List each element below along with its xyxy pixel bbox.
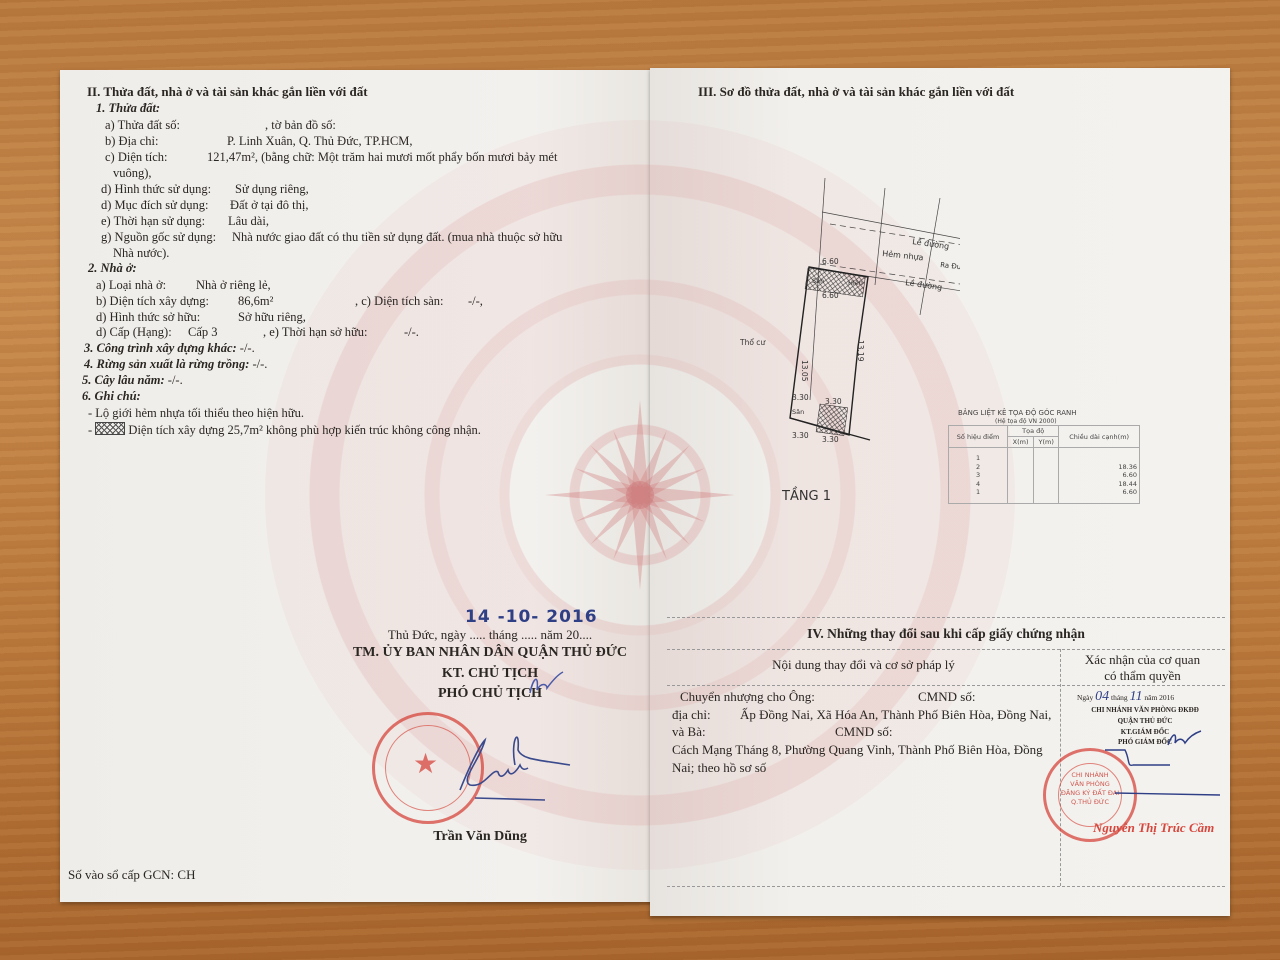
label-yard-front: Sân [812,277,824,285]
edge-length: 6.60 [1061,471,1137,480]
dim-label: 6.60 [822,291,839,300]
forest-heading: 4. Rừng sản xuất là rừng trồng: [84,357,249,371]
label-neighbor: Thổ cư [740,338,766,347]
and-mrs: và Bà: [672,724,706,741]
place-date-line: Thủ Đức, ngày ..... tháng ..... năm 20..… [320,627,660,644]
perennial: 5. Cây lâu năm: -/-. [82,372,183,389]
label-to-road: Ra Đường số 11 [940,261,960,275]
grade-value: Cấp 3 [188,324,218,341]
dim-label: 13.05 [800,360,809,382]
grade-label: d) Cấp (Hạng): [96,324,172,341]
house-type-value: Nhà ở riêng lẻ, [196,277,271,294]
dim-label: 3.30 [825,397,842,406]
day-label: Ngày [1077,693,1093,702]
y-cell [1034,448,1059,504]
edges-cell: 18.36 6.60 18.44 6.60 [1059,448,1140,504]
land-row-label: d) Hình thức sử dụng: [101,181,211,198]
label-hien: Hiên [848,279,863,287]
dossier-line: Nai; theo hồ sơ số [672,760,766,777]
transfer-to-mr: Chuyển nhượng cho Ông: [680,689,815,706]
initial-signature-icon [525,668,565,698]
label-curb-top: Lề đường [912,236,950,251]
point-id: 1 [951,454,1005,463]
ownership-term-label: , e) Thời hạn sở hữu: [263,324,367,341]
dim-label: 3.30 [792,431,809,440]
house-heading: 2. Nhà ở: [88,260,137,277]
coordinate-table: Số hiệu điểm Tọa độ Chiều dài cạnh(m) X(… [948,425,1140,504]
signer-name: Trần Văn Dũng [380,829,580,846]
address-label: địa chỉ: [672,707,711,724]
section-iv-title: IV. Những thay đổi sau khi cấp giấy chứn… [667,626,1225,643]
forest-value: -/-. [253,357,268,371]
point-id: 4 [951,480,1005,489]
ownership-term-value: -/-. [404,324,419,341]
perennial-heading: 5. Cây lâu năm: [82,373,165,387]
note-dash: - [88,423,95,437]
land-row-value: Đất ở tại đô thị, [230,197,308,214]
month-label: tháng [1111,693,1128,702]
land-row-value: Nhà nước giao đất có thu tiền sử dụng đấ… [232,229,562,246]
col-x: X(m) [1008,437,1034,448]
dim-label: 3.30 [792,393,809,402]
land-row-label: d) Mục đích sử dụng: [101,197,208,214]
chairman-signature-icon [430,710,580,810]
director-name-stamp: Nguyễn Thị Trúc Cầm [1093,820,1214,837]
point-id: 3 [951,471,1005,480]
floor-area-value: -/-, [468,293,483,310]
land-row-value: Sử dụng riêng, [235,181,309,198]
col-header-confirm-2: có thẩm quyền [1060,668,1225,685]
confirm-date: Ngày 04 tháng 11 năm 2016 [1077,689,1174,707]
col-point: Số hiệu điểm [949,426,1008,448]
confirm-org-1: CHI NHÁNH VĂN PHÒNG ĐKĐĐ [1060,705,1230,716]
confirm-org-2: QUẬN THỦ ĐỨC [1060,716,1230,727]
edge-length: 6.60 [1061,488,1137,497]
day-value: 04 [1095,689,1109,704]
note-item: - Diện tích xây dựng 25,7m² không phù hợ… [88,422,481,439]
col-y: Y(m) [1034,437,1059,448]
land-row-value: Lâu dài, [228,213,269,230]
year-label: năm 2016 [1144,693,1174,702]
divider [667,649,1225,650]
col-header-confirm-1: Xác nhận của cơ quan [1060,652,1225,669]
land-row-value: 121,47m², (bằng chữ: Một trăm hai mươi m… [207,149,557,166]
x-cell [1008,448,1034,504]
col-header-content: Nội dung thay đổi và cơ sở pháp lý [667,657,1060,674]
edge-length: 18.36 [1061,463,1137,472]
dim-label: 3.30 [822,435,839,444]
house-type-label: a) Loại nhà ở: [96,277,166,294]
label-yard-back: Sân [792,408,804,416]
col-edge: Chiều dài cạnh(m) [1059,426,1140,448]
label-alley: Hẻm nhựa [882,248,924,263]
floor-label: TẦNG 1 [781,487,831,500]
director-signature-icon [1095,745,1225,805]
notes-heading: 6. Ghi chú: [82,388,141,405]
edge-length: 18.44 [1061,480,1137,489]
issuing-org: TM. ỦY BAN NHÂN DÂN QUẬN THỦ ĐỨC [320,645,660,662]
perennial-value: -/-. [168,373,183,387]
land-row-continuation: vuông), [113,165,152,182]
section-ii-title: II. Thửa đất, nhà ở và tài sản khác gắn … [87,84,368,101]
label-curb-bottom: Lề đường [905,277,943,292]
dim-label: 6.60 [822,257,839,266]
build-area-label: b) Diện tích xây dựng: [96,293,209,310]
land-row-value: , tờ bản đồ số: [265,117,336,134]
month-value: 11 [1130,689,1143,704]
other-works: 3. Công trình xây dựng khác: -/-. [84,340,255,357]
register-number: Số vào sổ cấp GCN: CH [68,867,195,884]
point-id: 1 [951,488,1005,497]
hatch-legend-icon [95,422,125,435]
land-row-label: c) Diện tích: [105,149,167,166]
id-label-1: CMND số: [918,689,975,706]
build-area-value: 86,6m² [238,293,273,310]
table-row: 1 2 3 4 1 18.36 6.60 18.44 6.60 [949,448,1140,504]
points-cell: 1 2 3 4 1 [949,448,1008,504]
issue-date-stamp: 14 -10- 2016 [465,607,598,627]
land-plot-diagram: Lề đường Hẻm nhựa Ra Đường số 11 Lề đườn… [740,160,960,500]
land-row-label: e) Thời hạn sử dụng: [101,213,205,230]
floor-area-label: , c) Diện tích sàn: [355,293,444,310]
signer-role-1: KT. CHỦ TỊCH [320,666,660,683]
id-label-2: CMND số: [835,724,892,741]
point-id: 2 [951,463,1005,472]
signer-role-2: PHÓ CHỦ TỊCH [320,686,660,703]
note-item: - Lộ giới hẻm nhựa tối thiểu theo hiện h… [88,405,304,422]
land-row-label: b) Địa chỉ: [105,133,158,150]
land-row-label: a) Thửa đất số: [105,117,180,134]
other-works-value: -/-. [240,341,255,355]
land-row-value: P. Linh Xuân, Q. Thủ Đức, TP.HCM, [227,133,413,150]
section-iii-title: III. Sơ đồ thửa đất, nhà ở và tài sản kh… [698,84,1014,101]
address-value: Ấp Đồng Nai, Xã Hóa An, Thành Phố Biên H… [740,707,1051,724]
address-line-2: Cách Mạng Tháng 8, Phường Quang Vinh, Th… [672,742,1043,759]
land-row-label: g) Nguồn gốc sử dụng: [101,229,216,246]
note-item-text: Diện tích xây dựng 25,7m² không phù hợp … [128,423,481,437]
divider [667,685,1225,686]
land-heading: 1. Thửa đất: [96,100,160,117]
other-works-heading: 3. Công trình xây dựng khác: [84,341,237,355]
dim-label: 13.19 [856,340,865,362]
col-coords: Tọa độ [1008,426,1059,437]
forest: 4. Rừng sản xuất là rừng trồng: -/-. [84,356,267,373]
